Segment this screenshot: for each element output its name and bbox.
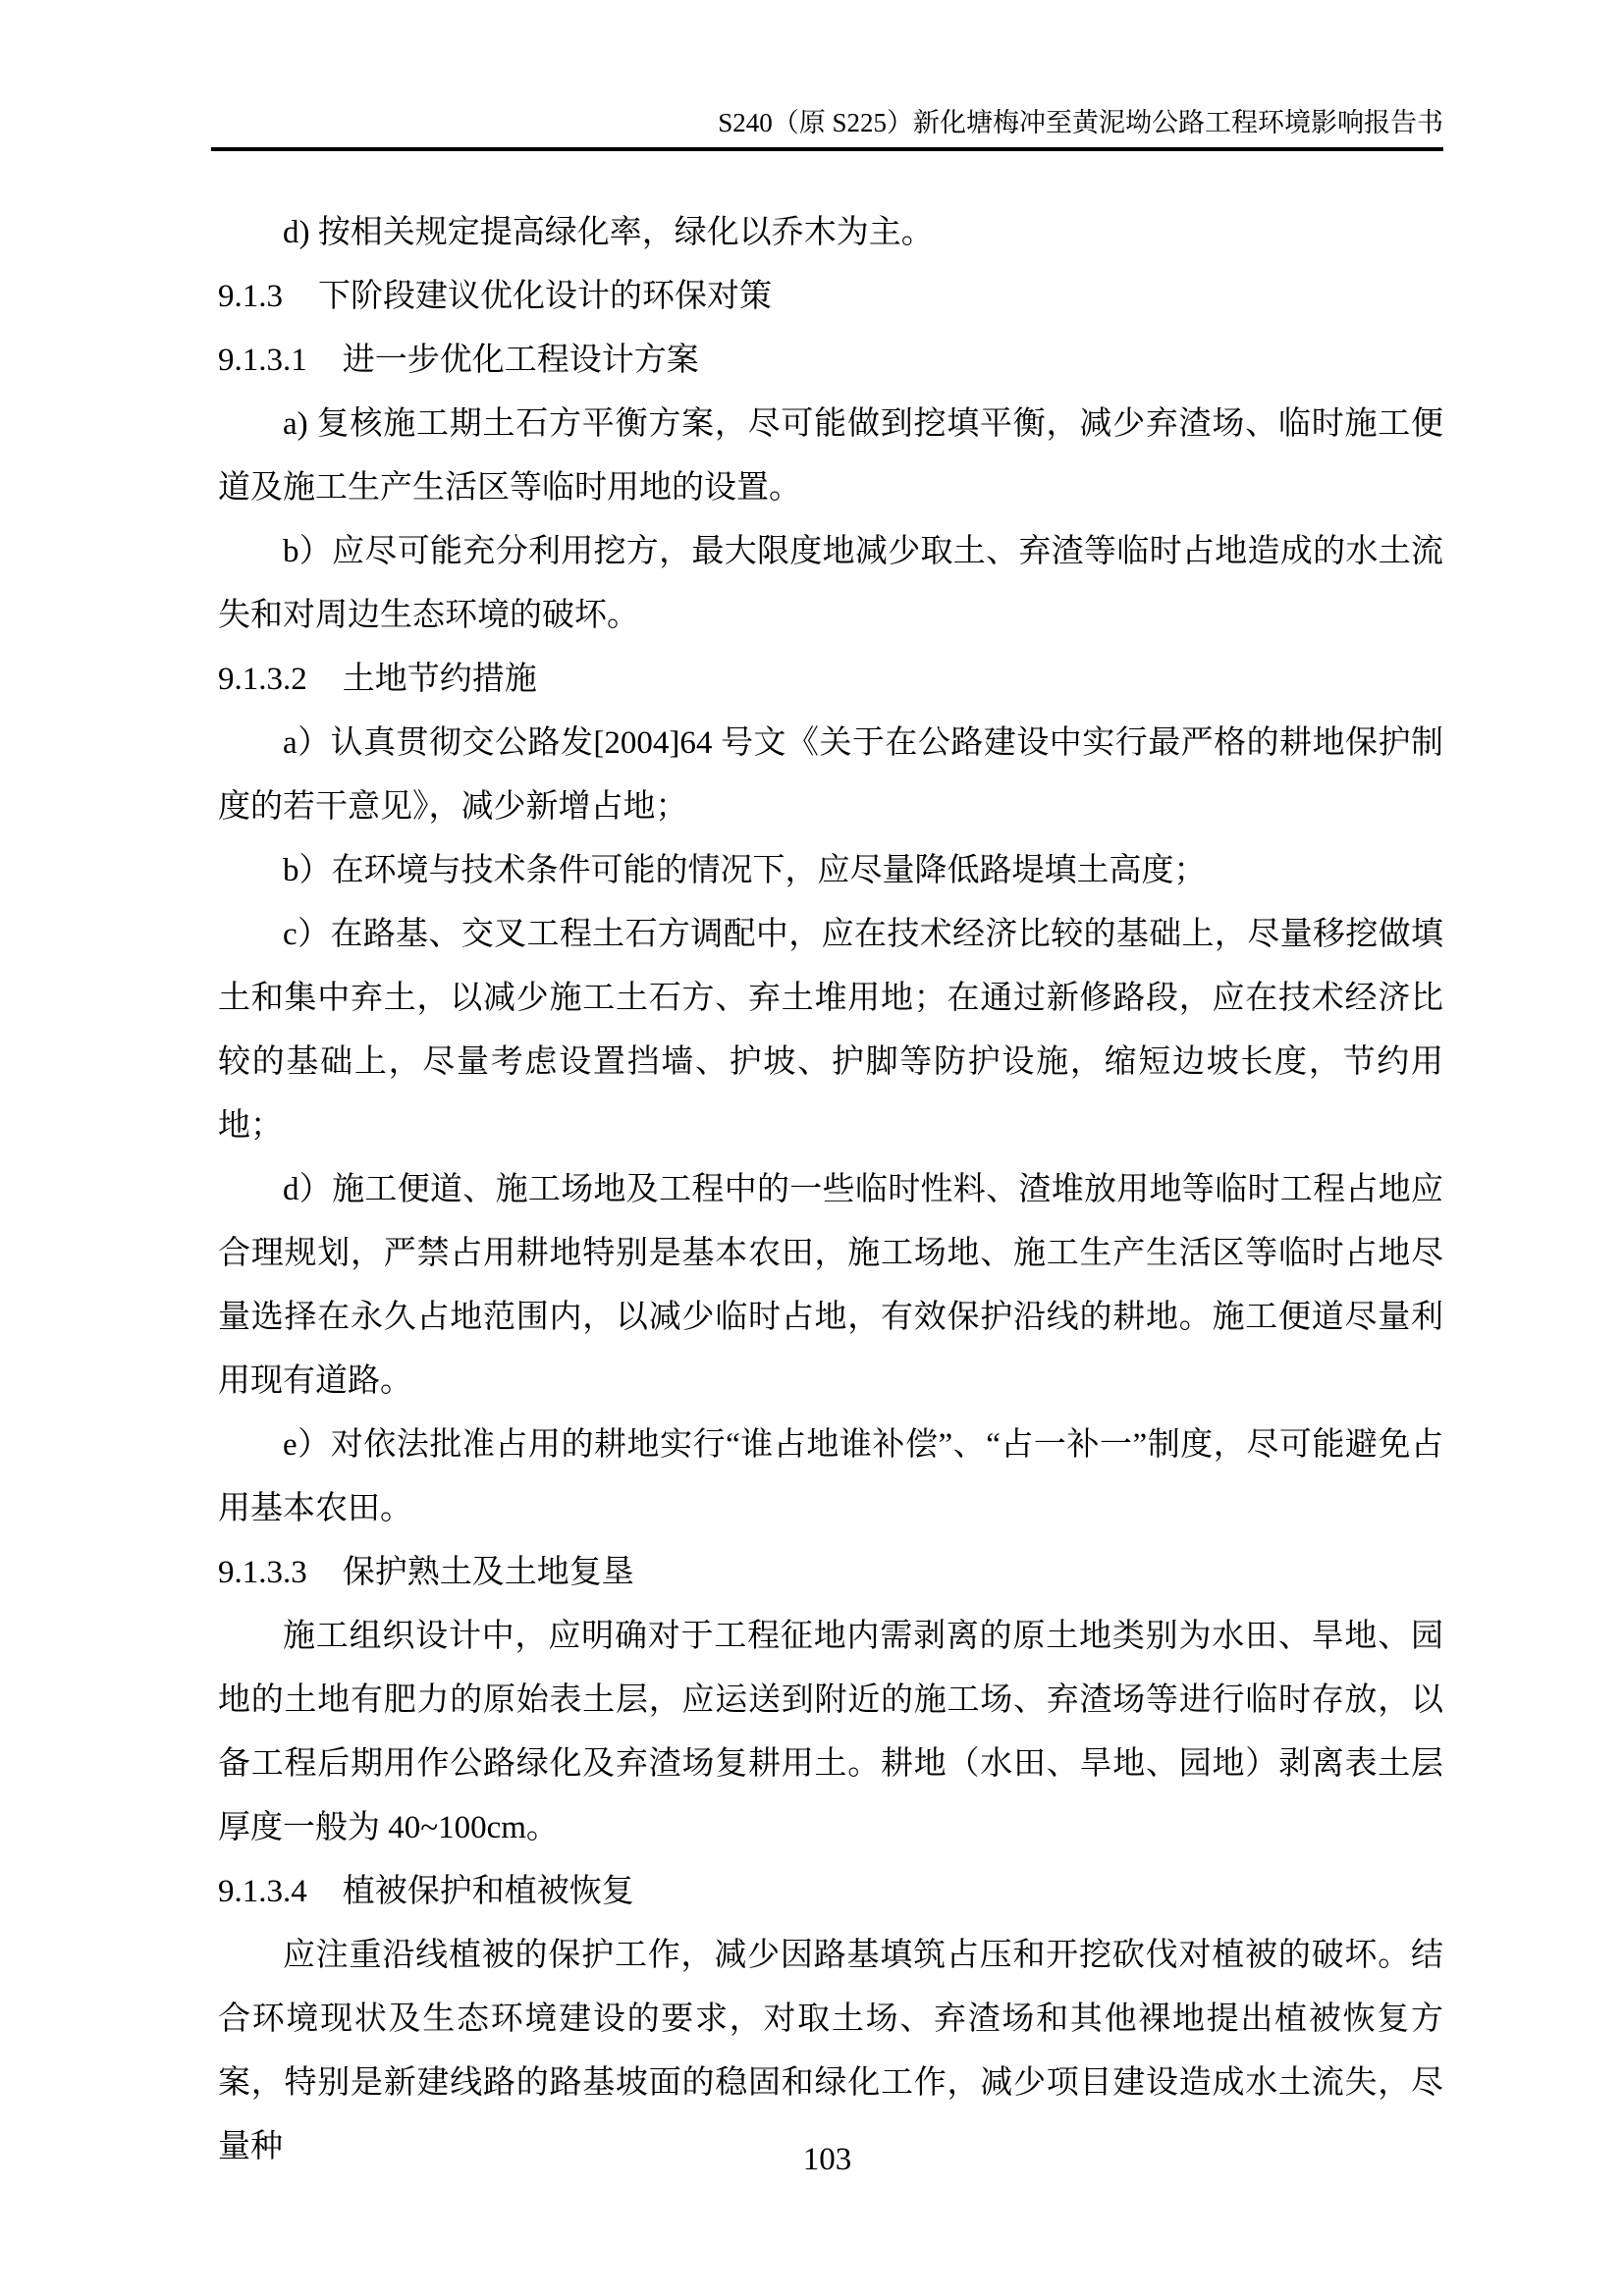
- paragraph-item-a: a) 复核施工期土石方平衡方案，尽可能做到挖填平衡，减少弃渣场、临时施工便道及施…: [218, 393, 1443, 520]
- section-title: 下阶段建议优化设计的环保对策: [318, 279, 772, 314]
- paragraph-item-e: e）对依法批准占用的耕地实行“谁占地谁补偿”、“占一补一”制度，尽可能避免占用基…: [218, 1414, 1443, 1541]
- paragraph-item-b: b）应尽可能充分利用挖方，最大限度地减少取土、弃渣等临时占地造成的水土流失和对周…: [218, 520, 1443, 648]
- paragraph-item-c: c）在路基、交叉工程土石方调配中，应在技术经济比较的基础上，尽量移挖做填土和集中…: [218, 903, 1443, 1158]
- paragraph-item-b2: b）在环境与技术条件可能的情况下，应尽量降低路堤填土高度；: [218, 839, 1443, 903]
- section-number: 9.1.3.2: [218, 662, 307, 697]
- paragraph-item-a2: a）认真贯彻交公路发[2004]64 号文《关于在公路建设中实行最严格的耕地保护…: [218, 712, 1443, 839]
- paragraph-item-d2: d）施工便道、施工场地及工程中的一些临时性料、渣堆放用地等临时工程占地应合理规划…: [218, 1158, 1443, 1414]
- section-title: 进一步优化工程设计方案: [343, 343, 699, 378]
- section-title: 保护熟土及土地复垦: [343, 1555, 634, 1590]
- document-body: d) 按相关规定提高绿化率，绿化以乔木为主。 9.1.3下阶段建议优化设计的环保…: [218, 201, 1443, 2179]
- section-title: 土地节约措施: [343, 662, 537, 697]
- section-heading-9-1-3-4: 9.1.3.4植被保护和植被恢复: [218, 1860, 1443, 1924]
- section-number: 9.1.3.1: [218, 343, 307, 378]
- paragraph-topsoil: 施工组织设计中，应明确对于工程征地内需剥离的原土地类别为水田、旱地、园地的土地有…: [218, 1605, 1443, 1860]
- page-number: 103: [211, 2140, 1443, 2179]
- section-heading-9-1-3: 9.1.3下阶段建议优化设计的环保对策: [218, 265, 1443, 329]
- section-heading-9-1-3-1: 9.1.3.1进一步优化工程设计方案: [218, 329, 1443, 393]
- report-header-title: S240（原 S225）新化塘梅冲至黄泥坳公路工程环境影响报告书: [211, 104, 1443, 141]
- section-heading-9-1-3-2: 9.1.3.2土地节约措施: [218, 648, 1443, 712]
- section-number: 9.1.3.4: [218, 1874, 307, 1909]
- paragraph-item-d: d) 按相关规定提高绿化率，绿化以乔木为主。: [218, 201, 1443, 265]
- section-title: 植被保护和植被恢复: [343, 1874, 634, 1909]
- section-number: 9.1.3: [218, 279, 283, 314]
- document-page: S240（原 S225）新化塘梅冲至黄泥坳公路工程环境影响报告书 d) 按相关规…: [0, 0, 1624, 2296]
- header-divider: [211, 147, 1443, 151]
- section-number: 9.1.3.3: [218, 1555, 307, 1590]
- section-heading-9-1-3-3: 9.1.3.3保护熟土及土地复垦: [218, 1541, 1443, 1605]
